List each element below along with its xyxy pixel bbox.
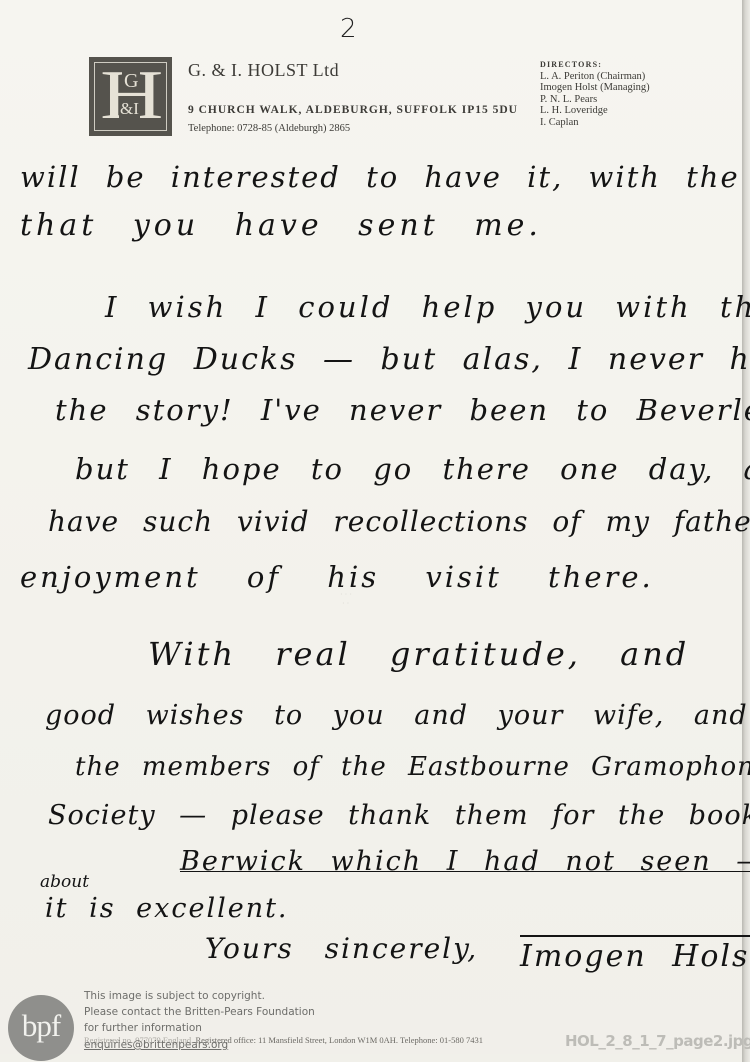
handwritten-line: Dancing Ducks — but alas, I never heard <box>28 342 750 377</box>
handwritten-line: will be interested to have it, with the … <box>20 160 750 194</box>
handwritten-line: have such vivid recollections of my fath… <box>48 505 750 538</box>
company-name: G. & I. HOLST Ltd <box>188 60 339 81</box>
paper-emboss-mark: · · · · · <box>340 590 370 616</box>
further-info-notice: for further information <box>84 1022 202 1034</box>
company-telephone: Telephone: 0728-85 (Aldeburgh) 2865 <box>188 123 350 134</box>
director-name: Imogen Holst (Managing) <box>540 82 650 94</box>
registered-office-address: Registered office: 11 Mansfield Street, … <box>195 1035 483 1045</box>
handwritten-line: it is excellent. <box>45 893 289 924</box>
company-address: 9 CHURCH WALK, ALDEBURGH, SUFFOLK IP15 5… <box>188 104 518 116</box>
handwritten-line: the members of the Eastbourne Gramophone <box>75 752 750 782</box>
copyright-notice: This image is subject to copyright. <box>84 990 265 1002</box>
handwritten-line: I wish I could help you with the <box>105 290 750 324</box>
handwritten-line: good wishes to you and your wife, and <box>45 700 748 731</box>
directors-heading: DIRECTORS: <box>540 59 650 71</box>
handwritten-line: but I hope to go there one day, as I <box>75 452 750 486</box>
image-filename: HOL_2_8_1_7_page2.jpg <box>565 1032 750 1050</box>
directors-list: DIRECTORS: L. A. Periton (Chairman) Imog… <box>540 59 650 128</box>
director-name: I. Caplan <box>540 117 650 129</box>
director-name: P. N. L. Pears <box>540 94 650 106</box>
handwritten-line: Berwick which I had not seen — <box>180 846 750 877</box>
director-name: L. A. Periton (Chairman) <box>540 71 650 83</box>
contact-email-link[interactable]: enquiries@brittenpears.org <box>84 1039 228 1051</box>
gi-holst-monogram-icon: H G &I <box>89 57 172 136</box>
director-name: L. H. Loveridge <box>540 105 650 117</box>
handwritten-line: enjoyment of his visit there. <box>20 560 654 594</box>
logo-letter-g: G <box>122 71 140 91</box>
closing-salutation: Yours sincerely, <box>205 932 478 965</box>
handwritten-line: that you have sent me. <box>20 208 542 243</box>
handwritten-line: the story! I've never been to Beverley, <box>55 393 750 427</box>
contact-notice: Please contact the Britten-Pears Foundat… <box>84 1006 315 1018</box>
handwritten-line: With real gratitude, and <box>148 635 689 673</box>
handwritten-line: Society — please thank them for the book… <box>48 800 750 831</box>
logo-letters-ampersand-i: &I <box>119 99 140 119</box>
bpf-logo-icon: bpf <box>8 995 74 1061</box>
signature: Imogen Holst <box>520 935 750 974</box>
page-number: 2 <box>340 14 357 44</box>
handwritten-insertion: about <box>40 872 89 892</box>
